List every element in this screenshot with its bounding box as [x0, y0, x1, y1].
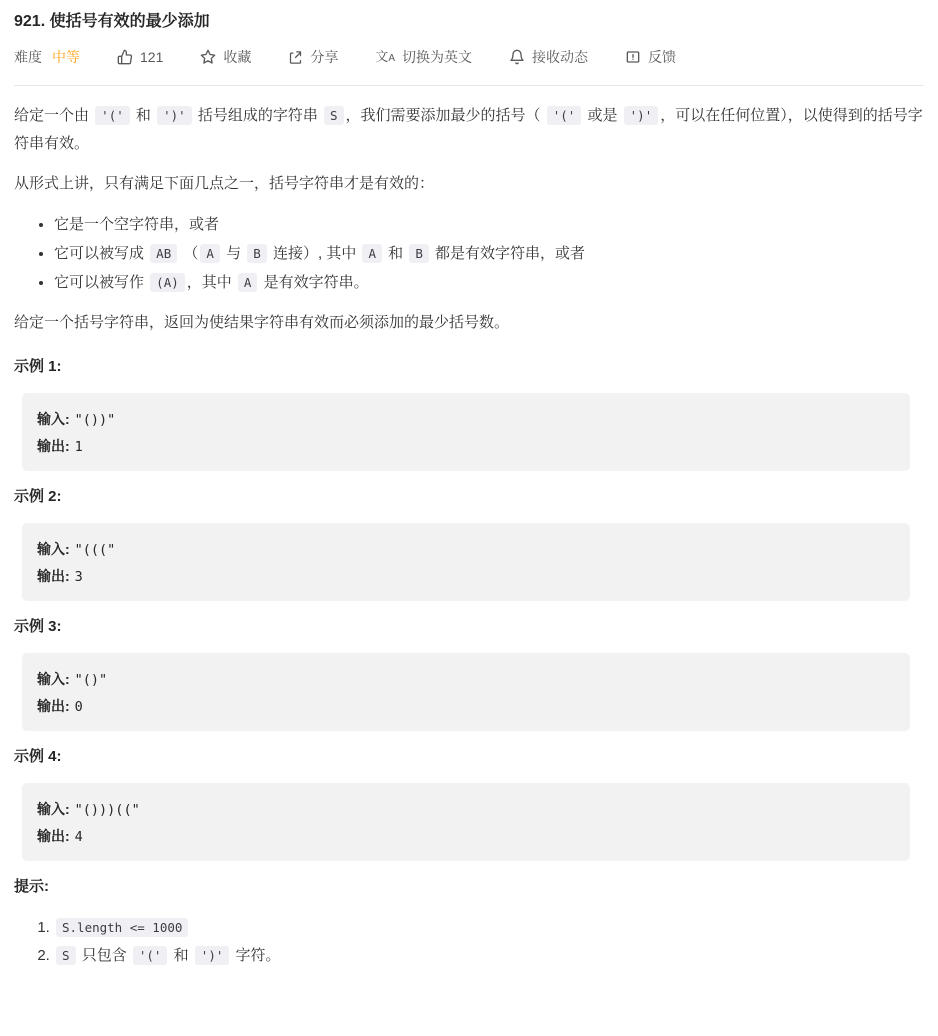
problem-description: 给定一个由 '(' 和 ')' 括号组成的字符串 S，我们需要添加最少的括号（ … [14, 102, 924, 970]
description-paragraph: 从形式上讲，只有满足下面几点之一，括号字符串才是有效的： [14, 170, 924, 198]
example-4-code-block: 输入:"()))((" 输出:4 [22, 783, 910, 861]
example-input-line: 输入:"())" [37, 406, 895, 433]
inline-code: ')' [157, 106, 192, 125]
validity-rules-list: 它是一个空字符串，或者 它可以被写成 AB （A 与 B 连接）, 其中 A 和… [14, 210, 924, 297]
input-label: 输入: [37, 801, 70, 817]
output-value: 3 [75, 569, 83, 585]
feedback-label: 反馈 [648, 47, 676, 67]
example-output-line: 输出:0 [37, 693, 895, 720]
input-value: "())" [75, 412, 116, 428]
inline-code: ')' [624, 106, 659, 125]
input-value: "()))((" [75, 802, 140, 818]
difficulty-badge: 中等 [52, 47, 80, 67]
hints-list: S.length <= 1000 S 只包含 '(' 和 ')' 字符。 [14, 914, 924, 970]
problem-page: 921. 使括号有效的最少添加 难度 中等 121 收藏 分享 文A [0, 0, 938, 996]
output-label: 输出: [37, 568, 70, 584]
switch-language-label: 切换为英文 [402, 47, 472, 67]
favorite-label: 收藏 [223, 47, 251, 67]
bell-icon [509, 49, 525, 65]
switch-language-button[interactable]: 文A 切换为英文 [375, 47, 472, 67]
inline-code: AB [150, 244, 177, 263]
example-1-code-block: 输入:"())" 输出:1 [22, 393, 910, 471]
feedback-icon [625, 49, 641, 65]
share-icon [288, 50, 303, 65]
example-input-line: 输入:"(((" [37, 536, 895, 563]
inline-code: S [324, 106, 344, 125]
inline-code: '(' [95, 106, 130, 125]
inline-code: B [247, 244, 267, 263]
inline-code: (A) [150, 273, 185, 292]
thumbs-up-icon [117, 49, 133, 65]
inline-code: ')' [195, 946, 230, 965]
difficulty: 难度 中等 [14, 47, 80, 67]
input-label: 输入: [37, 671, 70, 687]
inline-code: A [238, 273, 258, 292]
inline-code: '(' [547, 106, 582, 125]
inline-code: B [409, 244, 429, 263]
example-output-line: 输出:4 [37, 823, 895, 850]
example-input-line: 输入:"()" [37, 666, 895, 693]
input-value: "(((" [75, 542, 116, 558]
example-1-heading: 示例 1: [14, 353, 924, 381]
output-label: 输出: [37, 828, 70, 844]
difficulty-label: 难度 [14, 47, 42, 67]
description-paragraph: 给定一个括号字符串，返回为使结果字符串有效而必须添加的最少括号数。 [14, 309, 924, 337]
inline-code: S.length <= 1000 [56, 918, 188, 937]
like-count: 121 [140, 49, 163, 65]
list-item: 它可以被写成 AB （A 与 B 连接）, 其中 A 和 B 都是有效字符串，或… [54, 239, 924, 268]
inline-code: S [56, 946, 76, 965]
hints-heading: 提示: [14, 873, 924, 901]
hint-item: S.length <= 1000 [54, 914, 924, 942]
share-button[interactable]: 分享 [288, 47, 338, 67]
problem-title: 921. 使括号有效的最少添加 [14, 0, 924, 32]
description-paragraph: 给定一个由 '(' 和 ')' 括号组成的字符串 S，我们需要添加最少的括号（ … [14, 102, 924, 158]
divider [14, 85, 924, 86]
share-label: 分享 [310, 47, 338, 67]
output-value: 1 [75, 439, 83, 455]
example-input-line: 输入:"()))((" [37, 796, 895, 823]
like-button[interactable]: 121 [117, 49, 163, 65]
star-icon [200, 49, 216, 65]
translate-icon: 文A [375, 50, 395, 64]
input-label: 输入: [37, 541, 70, 557]
example-output-line: 输出:3 [37, 563, 895, 590]
example-3-heading: 示例 3: [14, 613, 924, 641]
toolbar: 难度 中等 121 收藏 分享 文A 切换为英文 [14, 47, 924, 67]
output-value: 4 [75, 829, 83, 845]
subscribe-label: 接收动态 [532, 47, 588, 67]
inline-code: A [200, 244, 220, 263]
input-value: "()" [75, 672, 108, 688]
inline-code: '(' [133, 946, 168, 965]
hint-item: S 只包含 '(' 和 ')' 字符。 [54, 942, 924, 970]
example-output-line: 输出:1 [37, 433, 895, 460]
inline-code: A [362, 244, 382, 263]
favorite-button[interactable]: 收藏 [200, 47, 251, 67]
list-item: 它可以被写作 (A)，其中 A 是有效字符串。 [54, 268, 924, 297]
example-2-code-block: 输入:"(((" 输出:3 [22, 523, 910, 601]
example-2-heading: 示例 2: [14, 483, 924, 511]
list-item: 它是一个空字符串，或者 [54, 210, 924, 239]
output-label: 输出: [37, 698, 70, 714]
example-4-heading: 示例 4: [14, 743, 924, 771]
feedback-button[interactable]: 反馈 [625, 47, 676, 67]
output-value: 0 [75, 699, 83, 715]
example-3-code-block: 输入:"()" 输出:0 [22, 653, 910, 731]
input-label: 输入: [37, 411, 70, 427]
output-label: 输出: [37, 438, 70, 454]
subscribe-button[interactable]: 接收动态 [509, 47, 588, 67]
